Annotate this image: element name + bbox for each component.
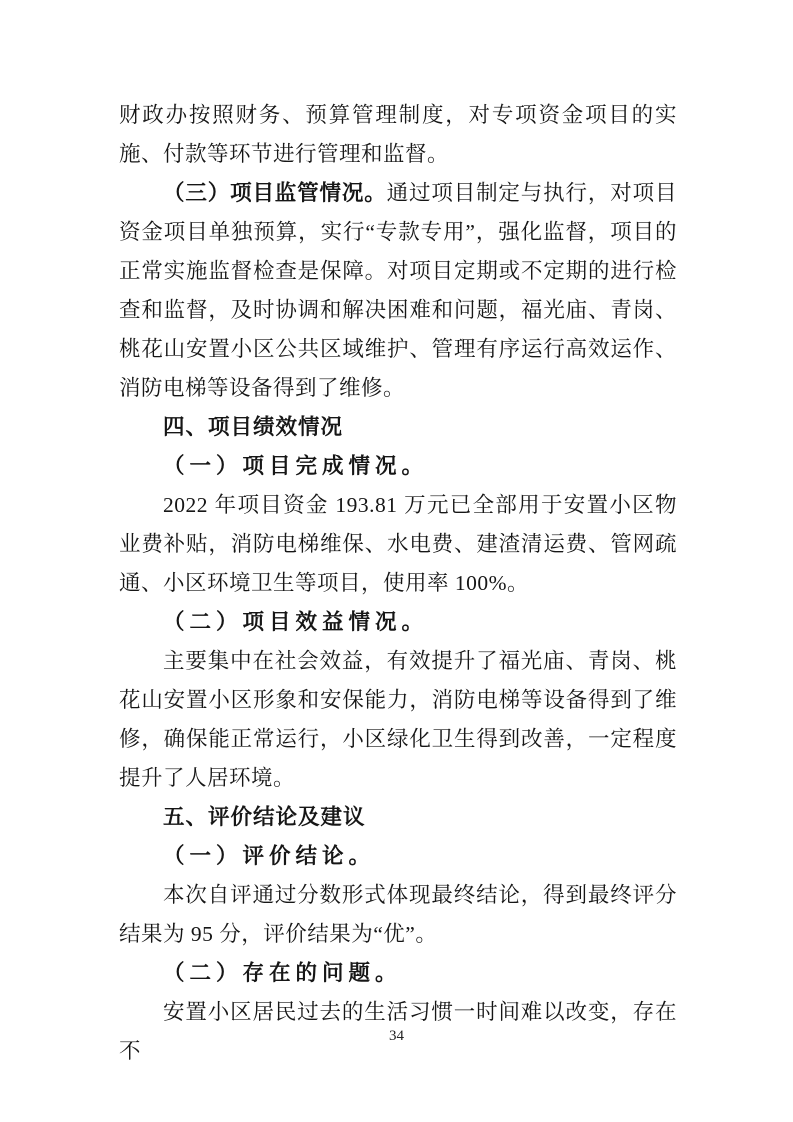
paragraph-supervision-body: 通过项目制定与执行，对项目资金项目单独预算，实行“专款专用”，强化监督，项目的正… <box>119 181 677 400</box>
paragraph-supervision-lead: （三）项目监管情况。 <box>163 181 387 205</box>
paragraph-benefit: 主要集中在社会效益，有效提升了福光庙、青岗、桃花山安置小区形象和安保能力，消防电… <box>119 642 677 798</box>
paragraph-conclusion: 本次自评通过分数形式体现最终结论，得到最终评分结果为 95 分，评价结果为“优”… <box>119 876 677 954</box>
page-content: 财政办按照财务、预算管理制度，对专项资金项目的实施、付款等环节进行管理和监督。 … <box>119 96 677 1071</box>
paragraph-supervision: （三）项目监管情况。通过项目制定与执行，对项目资金项目单独预算，实行“专款专用”… <box>119 174 677 408</box>
heading-project-completion: （一）项目完成情况。 <box>119 447 677 486</box>
paragraph-continuation: 财政办按照财务、预算管理制度，对专项资金项目的实施、付款等环节进行管理和监督。 <box>119 96 677 174</box>
heading-evaluation-conclusion: （一）评价结论。 <box>119 837 677 876</box>
paragraph-completion: 2022 年项目资金 193.81 万元已全部用于安置小区物业费补贴，消防电梯维… <box>119 486 677 603</box>
heading-section-4: 四、项目绩效情况 <box>119 408 677 447</box>
heading-section-5: 五、评价结论及建议 <box>119 798 677 837</box>
heading-project-benefit: （二）项目效益情况。 <box>119 603 677 642</box>
document-page: 财政办按照财务、预算管理制度，对专项资金项目的实施、付款等环节进行管理和监督。 … <box>0 0 793 1122</box>
heading-existing-problems: （二）存在的问题。 <box>119 954 677 993</box>
page-number: 34 <box>0 1028 793 1045</box>
